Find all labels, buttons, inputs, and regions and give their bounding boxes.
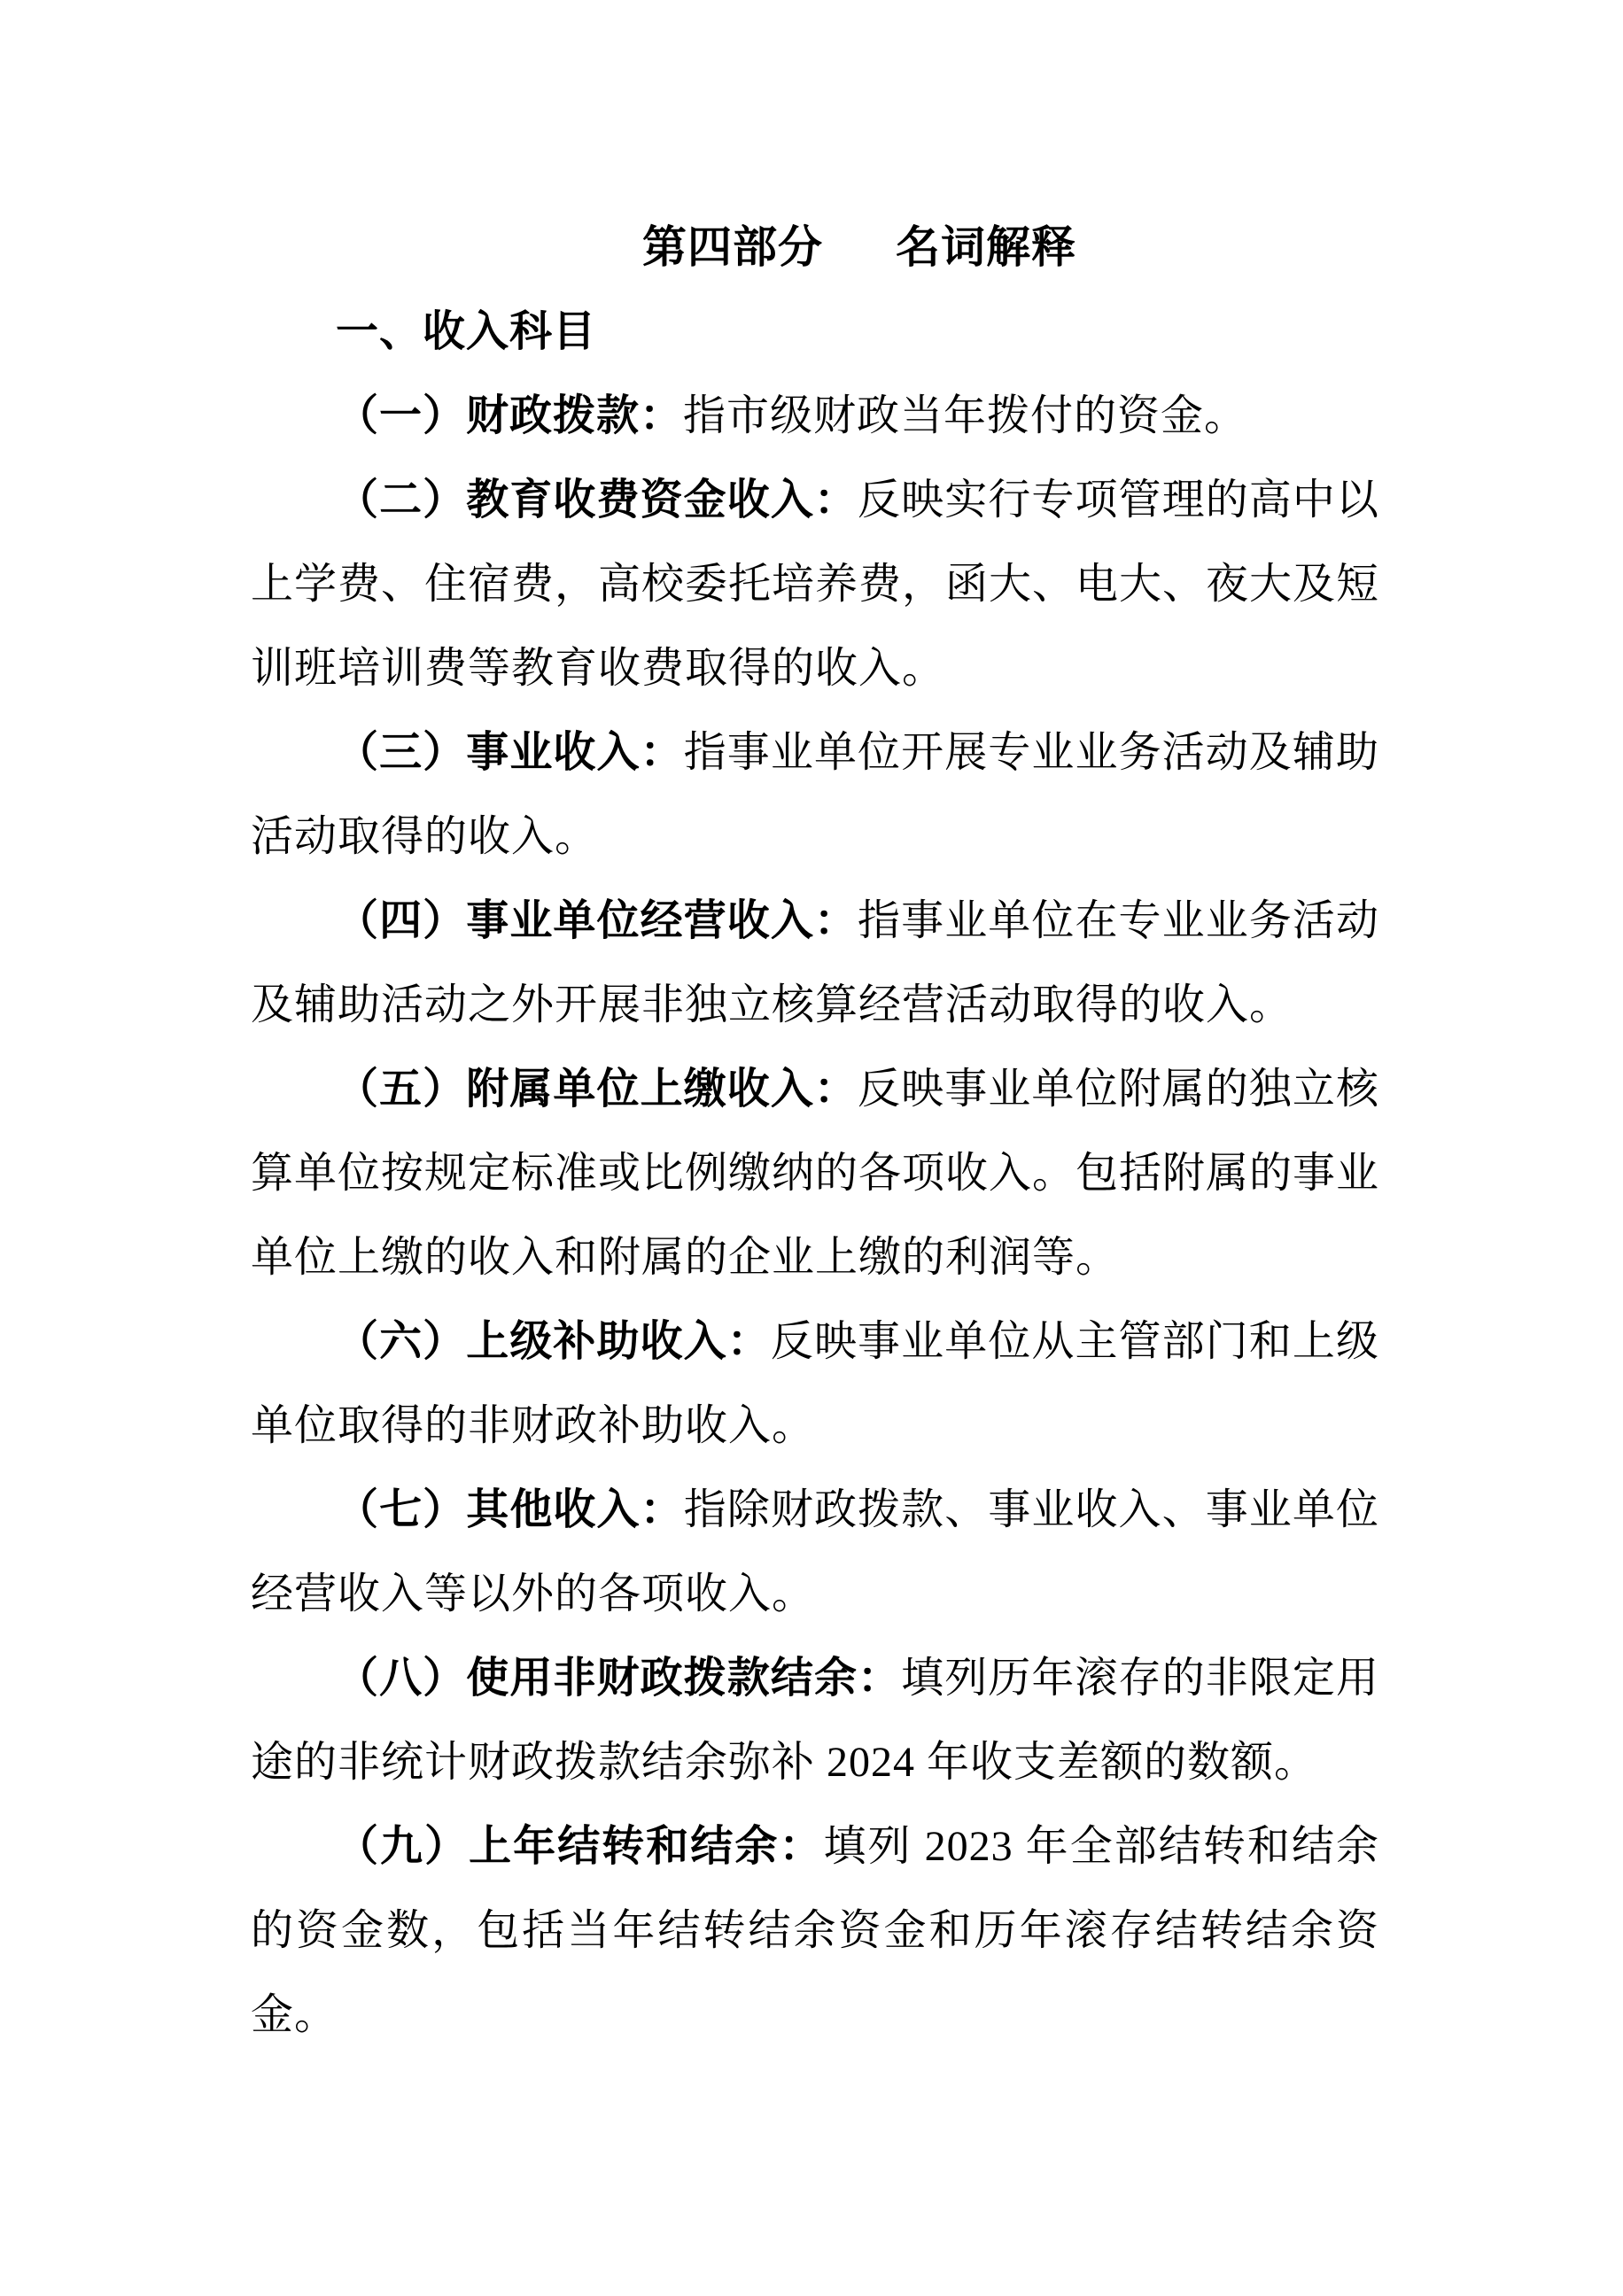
document-page: 第四部分名词解释 一、收入科目 （一）财政拨款：指市级财政当年拨付的资金。 （二… bbox=[0, 0, 1623, 2296]
definition-paragraph-6: （六）上级补助收入：反映事业单位从主管部门和上级单位取得的非财政补助收入。 bbox=[251, 1299, 1379, 1468]
term-label-5: （五）附属单位上缴收入： bbox=[336, 1066, 858, 1113]
document-title-part: 第四部分 bbox=[642, 222, 823, 272]
definition-paragraph-1: （一）财政拨款：指市级财政当年拨付的资金。 bbox=[251, 374, 1379, 458]
term-label-2: （二）教育收费资金收入： bbox=[336, 477, 858, 524]
term-label-1: （一）财政拨款： bbox=[336, 392, 683, 439]
definition-paragraph-7: （七）其他收入：指除财政拨款、事业收入、事业单位经营收入等以外的各项收入。 bbox=[251, 1468, 1379, 1636]
document-title-name: 名词解释 bbox=[896, 222, 1076, 272]
term-label-3: （三）事业收入： bbox=[336, 729, 684, 776]
term-label-4: （四）事业单位经营收入： bbox=[336, 897, 858, 944]
term-label-9: （九）上年结转和结余： bbox=[336, 1823, 824, 1870]
term-label-7: （七）其他收入： bbox=[336, 1486, 684, 1533]
definition-paragraph-5: （五）附属单位上缴收入：反映事业单位附属的独立核算单位按规定标准或比例缴纳的各项… bbox=[251, 1047, 1379, 1299]
document-content: 第四部分名词解释 一、收入科目 （一）财政拨款：指市级财政当年拨付的资金。 （二… bbox=[251, 206, 1379, 2057]
definition-paragraph-9: （九）上年结转和结余：填列 2023 年全部结转和结余的资金数，包括当年结转结余… bbox=[251, 1804, 1379, 2057]
definition-paragraph-3: （三）事业收入：指事业单位开展专业业务活动及辅助活动取得的收入。 bbox=[251, 710, 1379, 879]
term-definition-1: 指市级财政当年拨付的资金。 bbox=[683, 392, 1247, 439]
term-label-6: （六）上级补助收入： bbox=[336, 1318, 771, 1365]
definition-paragraph-4: （四）事业单位经营收入：指事业单位在专业业务活动及辅助活动之外开展非独立核算经营… bbox=[251, 879, 1379, 1047]
section-heading: 一、收入科目 bbox=[251, 290, 1379, 374]
document-title: 第四部分名词解释 bbox=[339, 206, 1379, 290]
definition-paragraph-8: （八）使用非财政拨款结余：填列历年滚存的非限定用途的非统计财政拨款结余弥补 20… bbox=[251, 1636, 1379, 1804]
term-label-8: （八）使用非财政拨款结余： bbox=[336, 1655, 901, 1702]
definition-paragraph-2: （二）教育收费资金收入：反映实行专项管理的高中以上学费、住宿费，高校委托培养费，… bbox=[251, 458, 1379, 710]
